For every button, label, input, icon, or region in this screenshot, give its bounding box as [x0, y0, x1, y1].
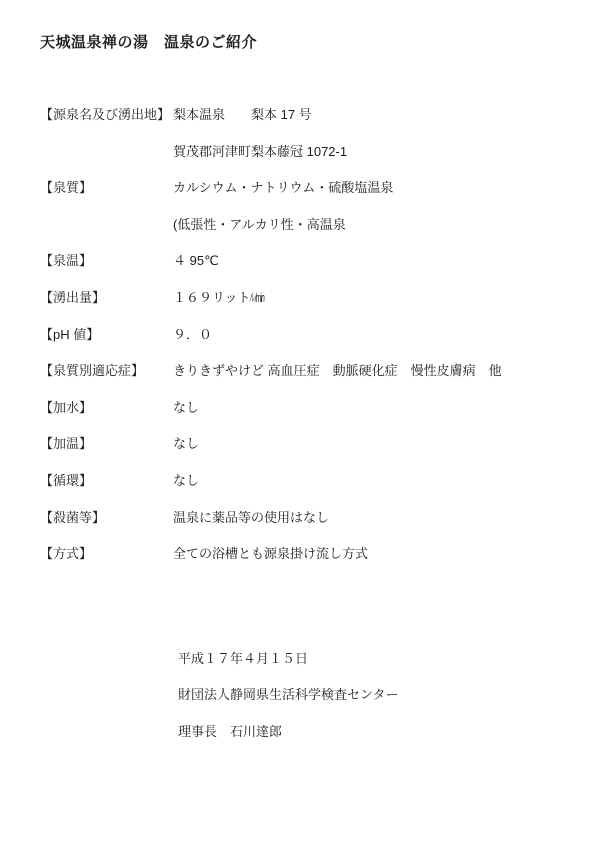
field-label: 【湧出量】	[40, 289, 173, 306]
field-value: カルシウム・ナトリウム・硫酸塩温泉	[173, 179, 560, 196]
page-title: 天城温泉禅の湯 温泉のご紹介	[40, 33, 257, 53]
footer-date: 平成１７年４月１５日	[178, 650, 398, 686]
field-row-spring-quality: 【泉質】 カルシウム・ナトリウム・硫酸塩温泉	[40, 179, 560, 216]
field-row-ph-value: 【pH 値】 ９．０	[40, 326, 560, 363]
field-value: 梨本温泉 梨本 17 号	[173, 106, 560, 123]
field-value: 賀茂郡河津町梨本藤冠 1072-1	[173, 143, 560, 160]
field-value: きりきずやけど 高血圧症 動脈硬化症 慢性皮膚病 他	[173, 362, 560, 379]
field-row-flow-rate: 【湧出量】 １６９リットル/min	[40, 289, 560, 326]
field-value: なし	[173, 399, 560, 416]
flow-rate-unit: ル/min	[249, 289, 265, 306]
field-row-source-address: 賀茂郡河津町梨本藤冠 1072-1	[40, 143, 560, 180]
field-value: ９．０	[173, 326, 560, 343]
field-row-disinfection: 【殺菌等】 温泉に薬品等の使用はなし	[40, 509, 560, 546]
field-label: 【泉温】	[40, 252, 173, 269]
flow-rate-amount: １６９リット	[173, 290, 250, 305]
field-value: なし	[173, 472, 560, 489]
document-page: 天城温泉禅の湯 温泉のご紹介 【源泉名及び湧出地】 梨本温泉 梨本 17 号 賀…	[0, 0, 595, 842]
field-label: 【加温】	[40, 435, 173, 452]
field-label: 【泉質】	[40, 179, 173, 196]
field-row-indications: 【泉質別適応症】 きりきずやけど 高血圧症 動脈硬化症 慢性皮膚病 他	[40, 362, 560, 399]
field-row-source-name: 【源泉名及び湧出地】 梨本温泉 梨本 17 号	[40, 106, 560, 143]
footer-organization: 財団法人静岡県生活科学検査センター	[178, 686, 398, 722]
field-label: 【加水】	[40, 399, 173, 416]
field-label: 【循環】	[40, 472, 173, 489]
field-value: なし	[173, 435, 560, 452]
field-value: 全ての浴槽とも源泉掛け流し方式	[173, 545, 560, 562]
field-row-water-added: 【加水】 なし	[40, 399, 560, 436]
field-value: 温泉に薬品等の使用はなし	[173, 509, 560, 526]
field-row-spring-quality-note: (低張性・アルカリ性・高温泉	[40, 216, 560, 253]
field-value: ４ 95℃	[173, 252, 560, 269]
field-row-system: 【方式】 全ての浴槽とも源泉掛け流し方式	[40, 545, 560, 582]
field-label: 【殺菌等】	[40, 509, 173, 526]
field-label: 【pH 値】	[40, 326, 173, 343]
field-row-circulation: 【循環】 なし	[40, 472, 560, 509]
field-label: 【方式】	[40, 545, 173, 562]
field-row-spring-temperature: 【泉温】 ４ 95℃	[40, 252, 560, 289]
footer-signer: 理事長 石川達郎	[178, 723, 398, 759]
field-label: 【泉質別適応症】	[40, 362, 173, 379]
signature-block: 平成１７年４月１５日 財団法人静岡県生活科学検査センター 理事長 石川達郎	[178, 650, 398, 759]
field-value: (低張性・アルカリ性・高温泉	[173, 216, 560, 233]
field-row-heating: 【加温】 なし	[40, 435, 560, 472]
field-value: １６９リットル/min	[173, 289, 560, 306]
field-list: 【源泉名及び湧出地】 梨本温泉 梨本 17 号 賀茂郡河津町梨本藤冠 1072-…	[40, 106, 560, 582]
field-label: 【源泉名及び湧出地】	[40, 106, 173, 123]
